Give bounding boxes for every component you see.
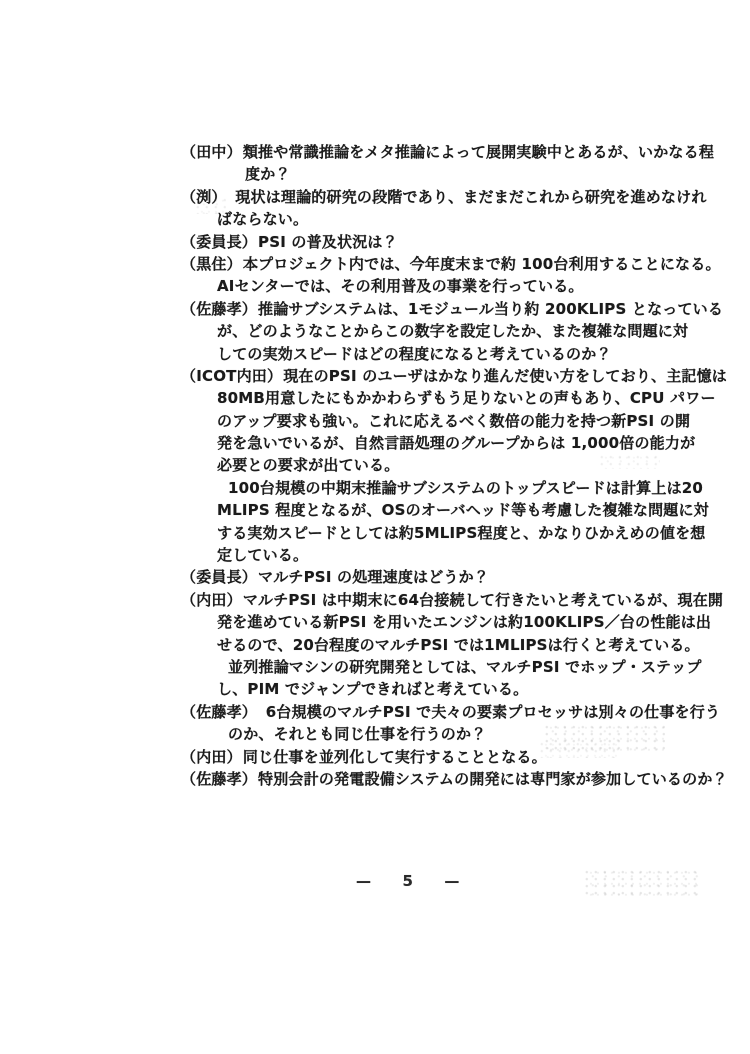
line-text: 類推や常識推論をメタ推論によって展開実験中とあるが、いかなる程 [243,143,714,161]
line-text: 推論サブシステムは、1モジュール当り約 200KLIPS となっている [258,300,723,318]
line-text: 並列推論マシンの研究開発としては、マルチPSI でホップ・ステップ [228,658,702,676]
dialogue-line: し、PIM でジャンプできればと考えている。 [181,678,711,700]
line-text: 現状は理論的研究の段階であり、まだまだこれから研究を進めなけれ [220,188,706,206]
dialogue-line: 定している。 [181,544,711,566]
line-text: 100台規模の中期末推論サブシステムのトップスピードは計算上は20 [228,479,703,497]
line-text: する実効スピードとしては約5MLIPS程度と、かなりひかえめの値を想 [217,524,706,542]
dialogue-line: （田中）類推や常識推論をメタ推論によって展開実験中とあるが、いかなる程 [181,141,711,163]
page-number: — 5 — [356,872,466,890]
speaker-label: （田中） [181,143,242,161]
dialogue-line: 必要との要求が出ている。 [181,454,711,476]
dialogue-line: （委員長）マルチPSI の処理速度はどうか？ [181,566,711,588]
line-text: マルチPSI は中期末に64台接続して行きたいと考えているが、現在開 [243,591,723,609]
speaker-label: （委員長） [181,568,257,586]
dialogue-line: （渕） 現状は理論的研究の段階であり、まだまだこれから研究を進めなけれ [181,186,711,208]
line-text: 同じ仕事を並列化して実行することとなる。 [243,748,547,766]
dialogue-line: （黒住）本プロジェクト内では、今年度末まで約 100台利用することになる。 [181,253,711,275]
dialogue-line: 発を急いでいるが、自然言語処理のグループからは 1,000倍の能力が [181,432,711,454]
scan-artifact [585,870,700,896]
dialogue-line: （委員長）PSI の普及状況は？ [181,231,711,253]
line-text: 現在のPSI のユーザはかなり進んだ使い方をしており、主記憶は [283,367,727,385]
speaker-label: （佐藤孝） [181,300,257,318]
line-text: し、PIM でジャンプできればと考えている。 [217,680,528,698]
line-text: MLIPS 程度となるが、OSのオーバヘッド等も考慮した複雑な問題に対 [217,501,709,519]
speaker-label: （ICOT内田） [181,367,282,385]
dialogue-line: ばならない。 [181,208,711,230]
line-text: マルチPSI の処理速度はどうか？ [258,568,489,586]
meeting-minutes-transcript: （田中）類推や常識推論をメタ推論によって展開実験中とあるが、いかなる程度か？（渕… [181,141,711,790]
speaker-label: （渕） [181,188,219,206]
dialogue-line: せるので、20台程度のマルチPSI では1MLIPSは行くと考えている。 [181,634,711,656]
dialogue-line: 100台規模の中期末推論サブシステムのトップスピードは計算上は20 [181,477,711,499]
dialogue-line: （内田）マルチPSI は中期末に64台接続して行きたいと考えているが、現在開 [181,589,711,611]
scanned-document-page: （田中）類推や常識推論をメタ推論によって展開実験中とあるが、いかなる程度か？（渕… [0,0,750,1054]
line-text: AIセンターでは、その利用普及の事業を行っている。 [217,277,584,295]
dialogue-line: しての実効スピードはどの程度になると考えているのか？ [181,343,711,365]
line-text: 発を急いでいるが、自然言語処理のグループからは 1,000倍の能力が [217,434,695,452]
line-text: 必要との要求が出ている。 [217,456,399,474]
dialogue-line: （佐藤孝）特別会計の発電設備システムの開発には専門家が参加しているのか？ [181,768,711,790]
speaker-label: （佐藤孝） [181,703,250,721]
dialogue-line: 並列推論マシンの研究開発としては、マルチPSI でホップ・ステップ [181,656,711,678]
line-text: 80MB用意したにもかかわらずもう足りないとの声もあり、CPU パワー [217,389,716,407]
line-text: 本プロジェクト内では、今年度末まで約 100台利用することになる。 [243,255,721,273]
dialogue-line: （ICOT内田）現在のPSI のユーザはかなり進んだ使い方をしており、主記憶は [181,365,711,387]
line-text: のか、それとも同じ仕事を行うのか？ [228,725,486,743]
dialogue-line: 発を進めている新PSI を用いたエンジンは約100KLIPS／台の性能は出 [181,611,711,633]
speaker-label: （内田） [181,591,242,609]
line-text: のアップ要求も強い。これに応えるべく数倍の能力を持つ新PSI の開 [217,412,690,430]
line-text: 度か？ [245,165,291,183]
line-text: 発を進めている新PSI を用いたエンジンは約100KLIPS／台の性能は出 [217,613,711,631]
line-text: せるので、20台程度のマルチPSI では1MLIPSは行くと考えている。 [217,636,700,654]
dialogue-line: MLIPS 程度となるが、OSのオーバヘッド等も考慮した複雑な問題に対 [181,499,711,521]
line-text: しての実効スピードはどの程度になると考えているのか？ [217,345,612,363]
dialogue-line: のアップ要求も強い。これに応えるべく数倍の能力を持つ新PSI の開 [181,410,711,432]
dialogue-line: のか、それとも同じ仕事を行うのか？ [181,723,711,745]
dialogue-line: （佐藤孝） 6台規模のマルチPSI で夫々の要素プロセッサは別々の仕事を行う [181,701,711,723]
speaker-label: （黒住） [181,255,242,273]
speaker-label: （委員長） [181,233,257,251]
line-text: 特別会計の発電設備システムの開発には専門家が参加しているのか？ [258,770,728,788]
dialogue-line: が、どのようなことからこの数字を設定したか、また複雑な問題に対 [181,320,711,342]
dialogue-line: 80MB用意したにもかかわらずもう足りないとの声もあり、CPU パワー [181,387,711,409]
line-text: 定している。 [217,546,308,564]
line-text: 6台規模のマルチPSI で夫々の要素プロセッサは別々の仕事を行う [251,703,721,721]
line-text: ばならない。 [217,210,308,228]
speaker-label: （内田） [181,748,242,766]
dialogue-line: 度か？ [181,163,711,185]
dialogue-line: （佐藤孝）推論サブシステムは、1モジュール当り約 200KLIPS となっている [181,298,711,320]
dialogue-line: AIセンターでは、その利用普及の事業を行っている。 [181,275,711,297]
dialogue-line: （内田）同じ仕事を並列化して実行することとなる。 [181,746,711,768]
line-text: PSI の普及状況は？ [258,233,398,251]
dialogue-line: する実効スピードとしては約5MLIPS程度と、かなりひかえめの値を想 [181,522,711,544]
speaker-label: （佐藤孝） [181,770,257,788]
line-text: が、どのようなことからこの数字を設定したか、また複雑な問題に対 [217,322,688,340]
